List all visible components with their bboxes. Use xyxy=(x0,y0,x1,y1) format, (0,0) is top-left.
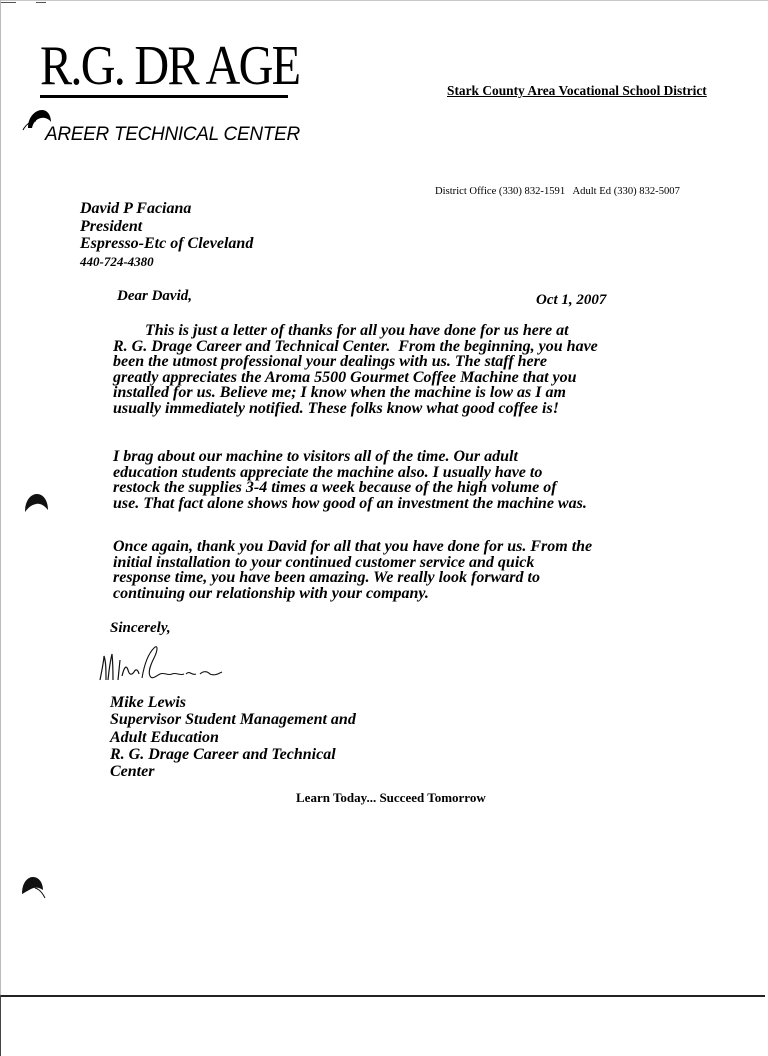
letter-date: Oct 1, 2007 xyxy=(536,292,606,309)
footer-motto: Learn Today... Succeed Tomorrow xyxy=(296,790,486,806)
letterhead-logo-title: R.G. DR AGE xyxy=(40,36,299,96)
signer-org-line1: R. G. Drage Career and Technical xyxy=(110,746,356,763)
scan-bottom-left-edge xyxy=(0,995,1,1056)
signer-org-line2: Center xyxy=(110,763,356,780)
recipient-phone: 440-724-4380 xyxy=(80,253,253,271)
signer-block: Mike Lewis Supervisor Student Management… xyxy=(110,694,356,780)
recipient-title: President xyxy=(80,218,253,236)
district-name: Stark County Area Vocational School Dist… xyxy=(447,83,707,99)
scan-top-edge xyxy=(0,0,768,1)
salutation: Dear David, xyxy=(117,288,192,305)
letterhead-subtitle: AREER TECHNICAL CENTER xyxy=(45,124,300,146)
letterhead-logo-rule xyxy=(40,95,288,98)
scan-mark xyxy=(36,2,46,3)
district-contact-line: District Office (330) 832-1591 Adult Ed … xyxy=(435,186,680,197)
scan-left-edge xyxy=(0,0,1,1056)
signer-name: Mike Lewis xyxy=(110,694,356,711)
dome-mark-icon xyxy=(22,488,52,518)
signer-title-line1: Supervisor Student Management and xyxy=(110,711,356,728)
recipient-name: David P Faciana xyxy=(80,200,253,218)
recipient-company: Espresso-Etc of Cleveland xyxy=(80,235,253,253)
signer-title-line2: Adult Education xyxy=(110,729,356,746)
dome-mark-icon xyxy=(19,872,49,902)
scan-bottom-edge xyxy=(0,995,765,997)
body-paragraph: This is just a letter of thanks for all … xyxy=(113,323,683,417)
recipient-block: David P Faciana President Espresso-Etc o… xyxy=(80,200,253,270)
closing: Sincerely, xyxy=(110,620,171,637)
body-paragraph: I brag about our machine to visitors all… xyxy=(113,449,683,511)
signature-image xyxy=(98,640,228,690)
scan-mark xyxy=(0,2,16,3)
body-paragraph: Once again, thank you David for all that… xyxy=(113,539,683,601)
